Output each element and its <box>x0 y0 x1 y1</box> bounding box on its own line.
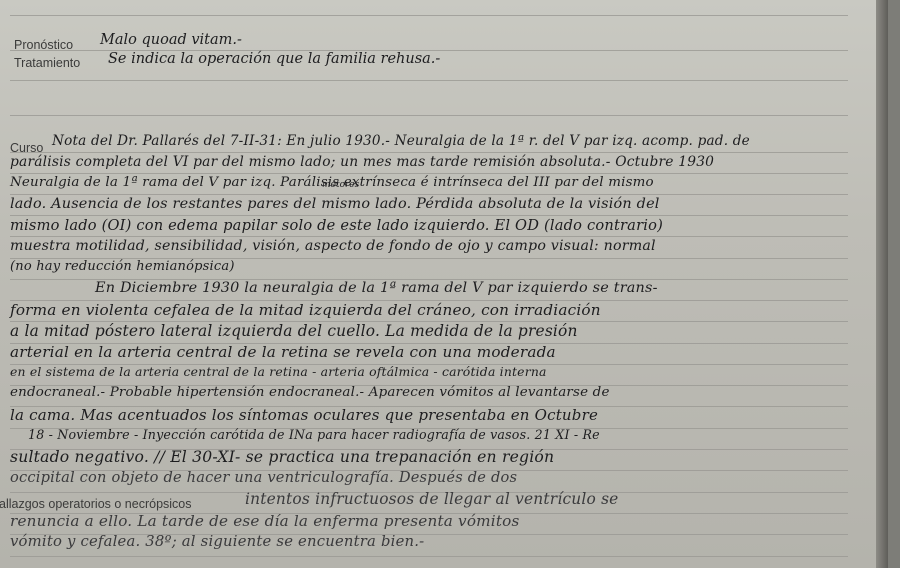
tratamiento-label: Tratamiento <box>14 56 80 70</box>
curso-line: muestra motilidad, sensibilidad, visión,… <box>10 238 656 254</box>
hallazgos-line: intentos infructuosos de llegar al ventr… <box>245 490 619 508</box>
curso-line: arterial en la arteria central de la ret… <box>10 343 556 361</box>
page-binding-edge <box>876 0 888 568</box>
curso-line: Nota del Dr. Pallarés del 7-II-31: En ju… <box>52 133 750 149</box>
curso-line: occipital con objeto de hacer una ventri… <box>10 469 517 486</box>
curso-line: (no hay reducción hemianópsica) <box>10 259 235 274</box>
curso-line: a la mitad póstero lateral izquierda del… <box>10 322 578 340</box>
curso-line: forma en violenta cefalea de la mitad iz… <box>10 301 601 319</box>
pronostico-value: Malo quoad vitam.- <box>100 32 242 48</box>
ledger-page: Pronóstico Malo quoad vitam.- Tratamient… <box>0 0 888 568</box>
pronostico-label: Pronóstico <box>14 38 73 52</box>
curso-superscript: motores <box>322 180 359 190</box>
curso-line: parálisis completa del VI par del mismo … <box>10 154 714 170</box>
curso-line: en el sistema de la arteria central de l… <box>10 364 547 379</box>
hallazgos-label: Hallazgos operatorios o necrópsicos <box>0 497 192 511</box>
tratamiento-value: Se indica la operación que la familia re… <box>108 51 440 67</box>
hallazgos-line: renuncia a ello. La tarde de ese día la … <box>10 512 519 530</box>
curso-line: lado. Ausencia de los restantes pares de… <box>10 196 660 212</box>
curso-line: sultado negativo. // El 30-XI- se practi… <box>10 448 554 466</box>
curso-label: Curso <box>10 141 43 155</box>
hallazgos-line: vómito y cefalea. 38º; al siguiente se e… <box>10 533 424 550</box>
curso-line: En Diciembre 1930 la neuralgia de la 1ª … <box>95 280 658 296</box>
curso-line: la cama. Mas acentuados los síntomas ocu… <box>10 406 598 424</box>
curso-line: mismo lado (OI) con edema papilar solo d… <box>10 217 663 234</box>
curso-line: endocraneal.- Probable hipertensión endo… <box>10 385 610 400</box>
curso-line: 18 - Noviembre - Inyección carótida de I… <box>28 427 600 442</box>
